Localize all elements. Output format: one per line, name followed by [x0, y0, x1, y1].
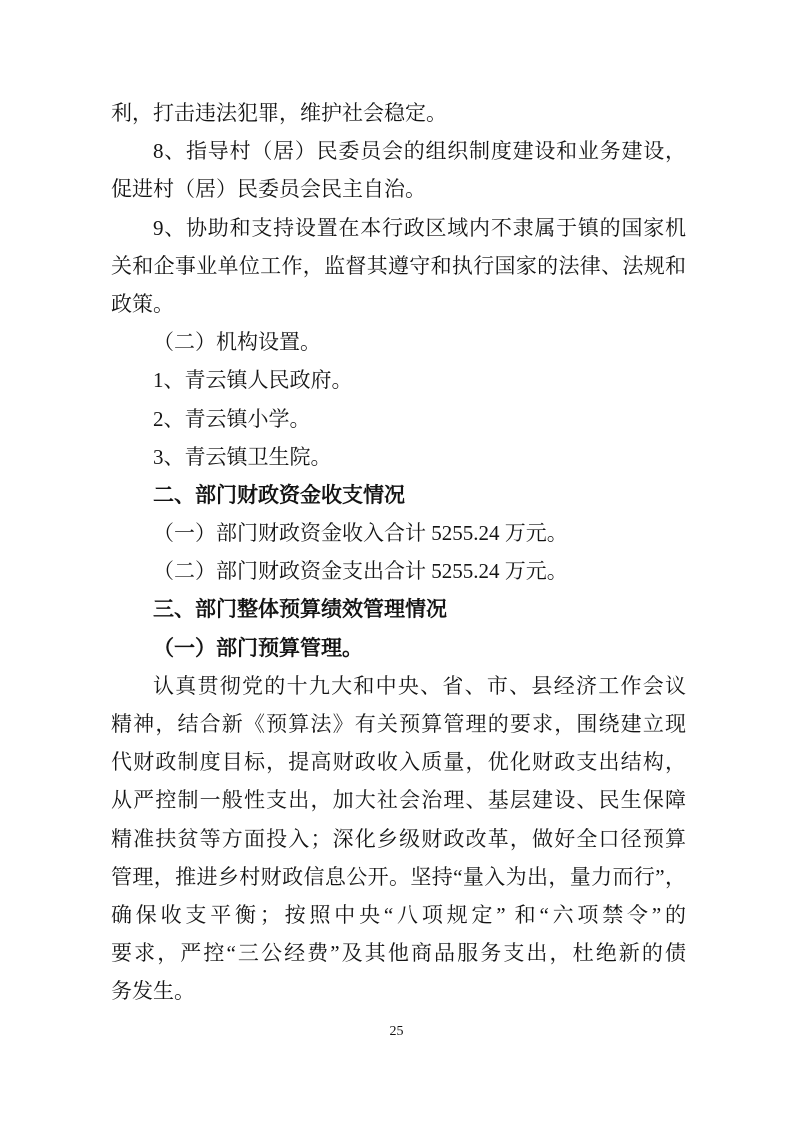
- text-block: 利，打击违法犯罪，维护社会稳定。8、指导村（居）民委员会的组织制度建设和业务建设…: [111, 94, 686, 1011]
- text-line: 8、指导村（居）民委员会的组织制度建设和业务建设，: [111, 132, 686, 170]
- page-footer: 25: [0, 1022, 793, 1042]
- text-line: 管理，推进乡村财政信息公开。坚持“量入为出，量力而行”，: [111, 858, 686, 896]
- text-line: 认真贯彻党的十九大和中央、省、市、县经济工作会议: [111, 667, 686, 705]
- text-line: （一）部门财政资金收入合计 5255.24 万元。: [111, 514, 686, 552]
- text-line: 2、青云镇小学。: [111, 400, 686, 438]
- text-line: 精准扶贫等方面投入；深化乡级财政改革，做好全口径预算: [111, 820, 686, 858]
- text-line: 确保收支平衡；按照中央“八项规定” 和“六项禁令”的: [111, 896, 686, 934]
- text-line: 精神，结合新《预算法》有关预算管理的要求，围绕建立现: [111, 705, 686, 743]
- text-line: 要求，严控“三公经费”及其他商品服务支出，杜绝新的债: [111, 934, 686, 972]
- text-line: （二）部门财政资金支出合计 5255.24 万元。: [111, 552, 686, 590]
- text-line: 1、青云镇人民政府。: [111, 361, 686, 399]
- page-number: 25: [390, 1022, 404, 1042]
- document-page: 利，打击违法犯罪，维护社会稳定。8、指导村（居）民委员会的组织制度建设和业务建设…: [0, 0, 793, 1122]
- text-line: 关和企事业单位工作，监督其遵守和执行国家的法律、法规和: [111, 247, 686, 285]
- text-line: 利，打击违法犯罪，维护社会稳定。: [111, 94, 686, 132]
- text-line: 政策。: [111, 285, 686, 323]
- text-line: 代财政制度目标，提高财政收入质量，优化财政支出结构，: [111, 743, 686, 781]
- text-line: 9、协助和支持设置在本行政区域内不隶属于镇的国家机: [111, 209, 686, 247]
- text-line: （一）部门预算管理。: [111, 629, 686, 667]
- text-line: 促进村（居）民委员会民主自治。: [111, 170, 686, 208]
- text-line: 从严控制一般性支出，加大社会治理、基层建设、民生保障: [111, 781, 686, 819]
- text-line: 三、部门整体预算绩效管理情况: [111, 590, 686, 628]
- text-line: （二）机构设置。: [111, 323, 686, 361]
- text-line: 3、青云镇卫生院。: [111, 438, 686, 476]
- text-line: 二、部门财政资金收支情况: [111, 476, 686, 514]
- text-line: 务发生。: [111, 972, 686, 1010]
